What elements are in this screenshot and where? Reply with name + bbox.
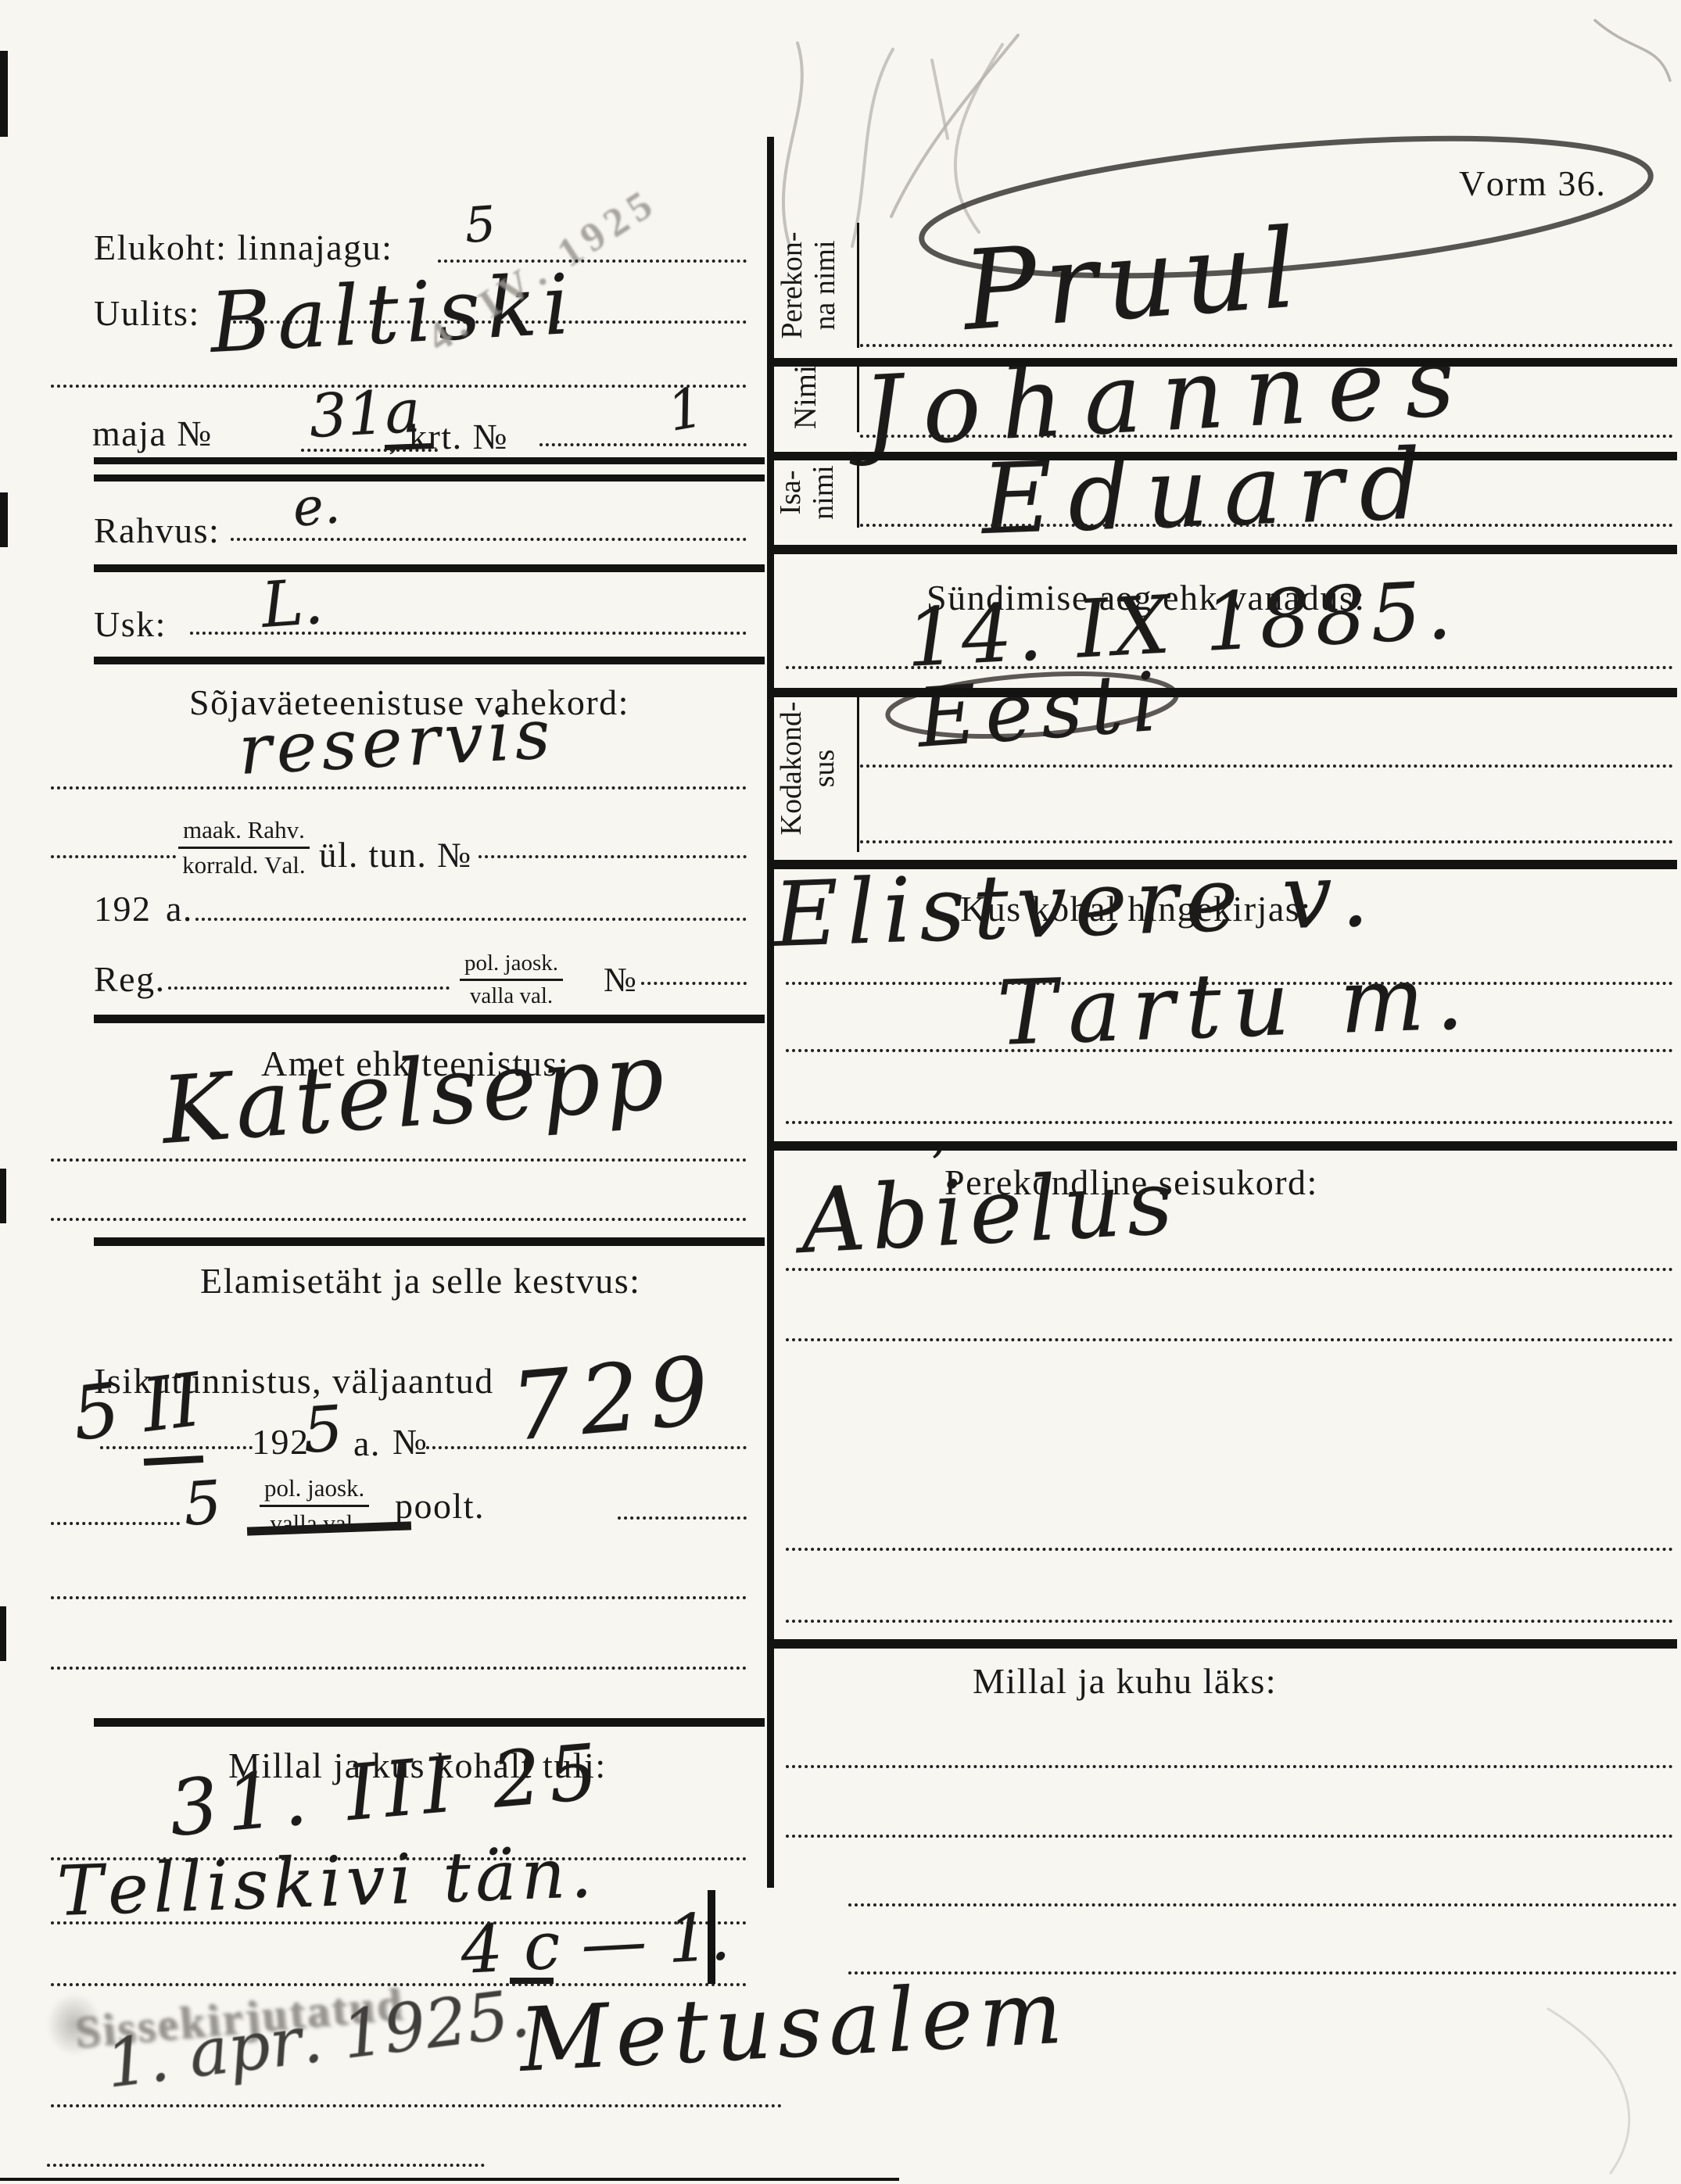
rule-dotted [51,1667,747,1670]
nimi-label-text: Nimi [788,354,823,440]
rule-dotted [860,435,1673,438]
perekonnanimi-label-line2: na nimi [809,215,842,356]
rule-dotted [860,524,1673,527]
laks-label: Millal ja kuhu läks: [973,1660,1277,1702]
field-rahvus-label: Rahvus: [94,510,220,551]
rule-thick [94,474,765,482]
rule-dotted [51,1857,747,1860]
field-elukoht-value: 5 [463,195,497,254]
isanimi-label: Isa- nimi [775,449,842,535]
pol-fraction-bottom: valla val. [460,981,563,1009]
rule-dotted [786,1765,1673,1768]
rule-dotted [51,1596,747,1599]
seisukord-value: Abielus [798,1150,1181,1273]
pencil-mark-corner [1587,6,1681,92]
rule-thick [770,452,1677,460]
rule-thick [770,358,1677,367]
rule-dotted [51,1522,180,1525]
field-maja-label: maja № [92,413,213,454]
rule-dotted [848,1971,1677,1975]
rule-thick [770,1639,1677,1649]
rule-thick [94,1237,765,1246]
field-rahvus-value: e. [290,474,342,539]
rule-thick [770,545,1677,554]
field-elukoht-label: Elukoht: linnajagu: [94,227,392,268]
field-usk-label: Usk: [94,603,167,645]
rule-vertical [857,696,859,852]
field-amet-value: Katelsepp [158,1022,672,1165]
field-uulits-label: Uulits: [94,292,200,334]
pencil-mark-bottom-right [1532,1993,1673,2181]
isik-year-written: 5 [301,1392,346,1467]
rule-dotted [786,666,1673,669]
rule-dotted [786,1338,1673,1341]
rule-thick [94,1718,765,1727]
isanimi-value: Eduard [980,428,1439,557]
rule-thick [94,564,765,572]
rule-vertical [0,1606,6,1661]
rule-vertical [857,457,859,528]
reg-label: Reg. [94,958,166,1000]
maak-fraction-top: maak. Rahv. [178,816,310,849]
isik-year-printed: 192 [252,1421,310,1463]
section-elamistaht-label: Elamisetäht ja selle kestvus: [200,1260,640,1301]
isanimi-label-line2: nimi [808,449,840,535]
rule-dotted [51,1983,747,1986]
rule-dotted [786,1835,1673,1838]
kodakondsus-label-line1: Kodakond- [776,678,808,858]
rule-vertical [857,363,859,432]
rule-thick [770,860,1677,869]
rule-dotted [51,1921,747,1924]
nimi-label: Nimi [788,354,826,440]
tuli-line3: 4 c — 1. [459,1898,732,1989]
maak-fraction-bottom: korrald. Val. [178,849,310,879]
rule-dotted [786,1620,1673,1623]
rule-thick [770,1141,1677,1151]
rule-dotted [100,1446,253,1449]
rule-thick [94,657,765,664]
rule-dotted [478,855,747,858]
rule-vertical [708,1890,715,1984]
registration-card-scan: Vorm 36. Elukoht: linnajagu: 5 Uulits: B… [0,0,1681,2184]
kodakondsus-label: Kodakond- sus [776,678,843,858]
isik-no-value: 729 [507,1336,722,1463]
year-192-label: 192 [94,888,152,929]
rule-dotted [51,1158,747,1162]
perekonnanimi-label: Perekon- na nimi [776,215,844,356]
rule-dotted [51,786,747,789]
rule-dotted [51,2104,782,2107]
rule-dotted [233,320,747,324]
rule-vertical [857,223,859,348]
ul-tun-no-label: ül. tun. № [319,835,471,875]
isik-date-value: 5 II [68,1358,206,1458]
rule-thick [770,688,1677,697]
rule-dotted [860,840,1673,843]
rule-dotted [195,918,747,921]
rule-dotted [848,1903,1677,1907]
rule-dotted [168,986,450,990]
year-a-label: a. [166,888,193,929]
rule-vertical [0,1169,6,1223]
poolt-jaoskond-value: 5 [181,1467,224,1539]
rule-dotted [426,1446,747,1449]
rule-dotted [786,1121,1673,1124]
rule-dotted [860,344,1673,347]
field-sojavae-value: reservis [237,693,557,790]
rule-thick [94,1015,765,1023]
kodakondsus-value: Eesti [914,653,1167,766]
rule-dotted [47,2164,485,2167]
rule-thick [0,2178,899,2181]
rule-dotted [231,538,747,541]
rule-dotted [51,1218,747,1221]
rule-dotted [301,449,438,452]
reg-no-label: № [604,960,637,1000]
rule-dotted [539,443,747,446]
kodakondsus-label-line2: sus [808,678,841,858]
pol-valla-fraction: pol. jaosk. valla val. [460,951,563,1009]
rule-dotted [786,1548,1673,1551]
rule-dotted [51,855,176,858]
rule-dotted [786,1049,1673,1052]
rule-dotted [438,260,747,263]
rule-dotted [190,632,747,635]
perekonnanimi-label-line1: Perekon- [776,215,809,356]
underline-mark [144,1455,203,1466]
rule-thick [94,457,765,464]
perekonnanimi-value: Pruul [959,205,1309,356]
maak-korrald-fraction: maak. Rahv. korrald. Val. [178,816,310,879]
pol-fraction-top: pol. jaosk. [260,1474,369,1507]
isik-a-label: a. [353,1423,381,1464]
rule-dotted [618,1516,747,1520]
rule-dotted [641,982,747,985]
poolt-label: poolt. [395,1485,485,1527]
rule-dotted [860,764,1673,768]
rule-dotted [51,385,747,388]
isik-no-label: № [392,1421,428,1463]
rule-vertical [767,137,774,1888]
pol-fraction-top: pol. jaosk. [460,951,563,981]
isanimi-label-line1: Isa- [775,449,808,535]
field-usk-value: L. [260,565,326,642]
rule-vertical [0,492,8,547]
rule-vertical [0,51,8,137]
hingekirjas-value2: Tartu m. [995,945,1476,1065]
rule-dotted [786,982,1673,985]
rule-dotted [786,1268,1673,1271]
